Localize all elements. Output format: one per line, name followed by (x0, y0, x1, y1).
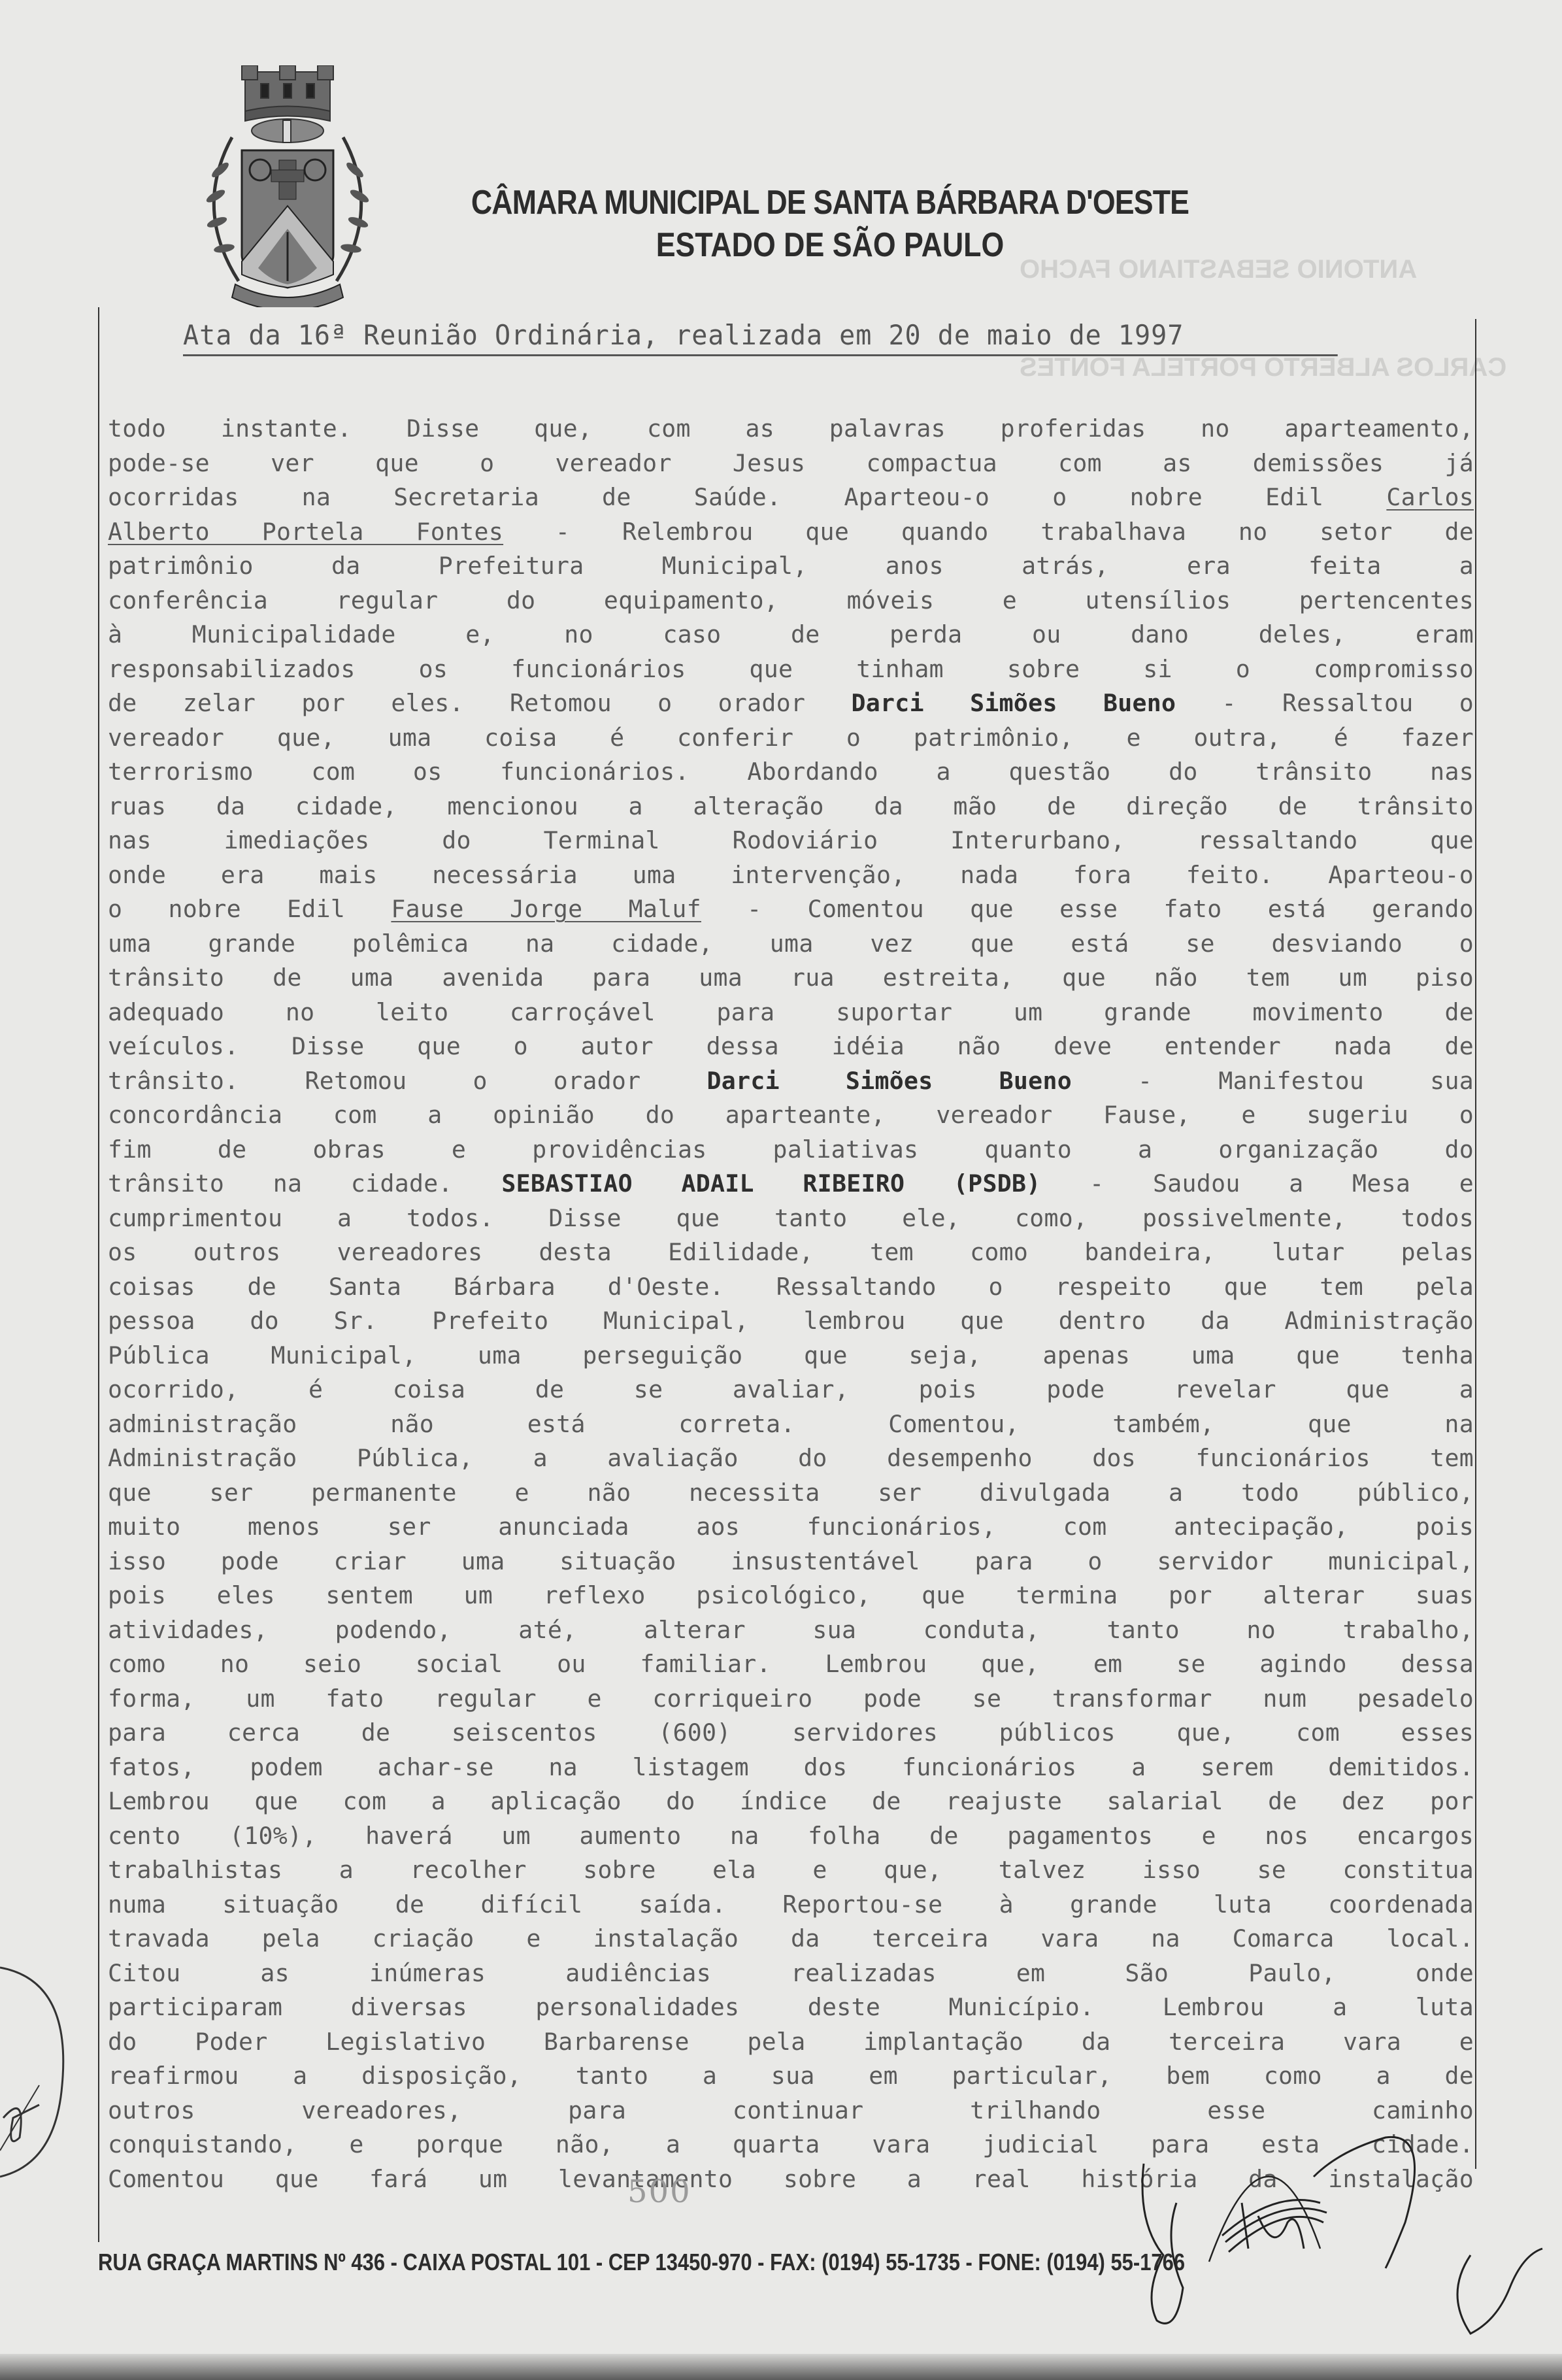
minutes-line: travada pela criação e instalação da ter… (108, 1922, 1474, 1956)
text-segment: cumprimentou a todos. Disse que tanto el… (108, 1204, 1474, 1232)
minutes-line: patrimônio da Prefeitura Municipal, anos… (108, 549, 1474, 584)
minutes-line: administração não está correta. Comentou… (108, 1407, 1474, 1442)
text-segment: Administração Pública, a avaliação do de… (108, 1444, 1474, 1472)
text-segment: patrimônio da Prefeitura Municipal, anos… (108, 552, 1474, 580)
speaker-name: Darci Simões Bueno (851, 689, 1176, 717)
text-segment: para cerca de seiscentos (600) servidore… (108, 1718, 1474, 1747)
text-segment: uma grande polêmica na cidade, uma vez q… (108, 930, 1474, 958)
minutes-line: nas imediações do Terminal Rodoviário In… (108, 824, 1474, 858)
text-segment: Citou as inúmeras audiências realizadas … (108, 1959, 1474, 1987)
minutes-line: ruas da cidade, mencionou a alteração da… (108, 790, 1474, 824)
speaker-name: SEBASTIAO ADAIL RIBEIRO (PSDB) (501, 1169, 1040, 1198)
text-segment: do Poder Legislativo Barbarense pela imp… (108, 2028, 1474, 2056)
aparteante-name: Fause Jorge Maluf (391, 895, 701, 923)
minutes-line: adequado no leito carroçável para suport… (108, 996, 1474, 1030)
text-segment: ocorridas na Secretaria de Saúde. Aparte… (108, 483, 1386, 511)
minutes-line: vereador que, uma coisa é conferir o pat… (108, 721, 1474, 756)
minutes-line: muito menos ser anunciada aos funcionári… (108, 1510, 1474, 1545)
page-frame-left (98, 307, 99, 2242)
minutes-line: para cerca de seiscentos (600) servidore… (108, 1716, 1474, 1751)
institution-name: CÂMARA MUNICIPAL DE SANTA BÁRBARA D'OEST… (408, 182, 1252, 224)
text-segment: os outros vereadores desta Edilidade, te… (108, 1238, 1474, 1266)
minutes-line: trabalhistas a recolher sobre ela e que,… (108, 1853, 1474, 1888)
margin-initials-signature (0, 1954, 72, 2190)
text-segment: de zelar por eles. Retomou o orador (108, 689, 851, 717)
minutes-line: trânsito. Retomou o orador Darci Simões … (108, 1064, 1474, 1099)
minutes-line: fim de obras e providências paliativas q… (108, 1133, 1474, 1167)
minutes-title: Ata da 16ª Reunião Ordinária, realizada … (183, 319, 1338, 356)
minutes-line: pessoa do Sr. Prefeito Municipal, lembro… (108, 1304, 1474, 1339)
minutes-line: outros vereadores, para continuar trilha… (108, 2094, 1474, 2128)
coat-of-arms-icon (180, 65, 395, 307)
minutes-line: que ser permanente e não necessita ser d… (108, 1476, 1474, 1511)
minutes-line: terrorismo com os funcionários. Abordand… (108, 755, 1474, 790)
text-segment: atividades, podendo, até, alterar sua co… (108, 1616, 1474, 1644)
page-number: 500 (627, 2173, 691, 2210)
text-segment: Pública Municipal, uma perseguição que s… (108, 1341, 1474, 1369)
minutes-line: participaram diversas personalidades des… (108, 1990, 1474, 2025)
minutes-line: pode-se ver que o vereador Jesus compact… (108, 446, 1474, 481)
minutes-line: trânsito de uma avenida para uma rua est… (108, 961, 1474, 996)
minutes-line: todo instante. Disse que, com as palavra… (108, 412, 1474, 446)
minutes-line: concordância com a opinião do aparteante… (108, 1098, 1474, 1133)
text-segment: trânsito na cidade. (108, 1169, 501, 1198)
minutes-line: como no seio social ou familiar. Lembrou… (108, 1647, 1474, 1682)
background-stamp-line1: ANTONIO SEBASTIANO FACHO (1020, 255, 1417, 284)
text-segment: muito menos ser anunciada aos funcionári… (108, 1513, 1474, 1541)
text-segment: como no seio social ou familiar. Lembrou… (108, 1650, 1474, 1678)
text-segment: trabalhistas a recolher sobre ela e que,… (108, 1856, 1474, 1884)
text-segment: Lembrou que com a aplicação do índice de… (108, 1787, 1474, 1815)
text-segment: - Comentou que esse fato está gerando (701, 895, 1474, 923)
aparteante-name: Alberto Portela Fontes (108, 518, 503, 546)
text-segment: isso pode criar uma situação insustentáv… (108, 1547, 1474, 1575)
text-segment: à Municipalidade e, no caso de perda ou … (108, 620, 1474, 648)
minutes-body: todo instante. Disse que, com as palavra… (108, 412, 1474, 2196)
background-stamp-line2: CARLOS ALBERTO PORTELA FONTES (1020, 353, 1506, 382)
text-segment: coisas de Santa Bárbara d'Oeste. Ressalt… (108, 1273, 1474, 1301)
minutes-line: do Poder Legislativo Barbarense pela imp… (108, 2025, 1474, 2060)
text-segment: ruas da cidade, mencionou a alteração da… (108, 792, 1474, 820)
minutes-line: cento (10%), haverá um aumento na folha … (108, 1819, 1474, 1854)
text-segment: participaram diversas personalidades des… (108, 1993, 1474, 2021)
text-segment: pois eles sentem um reflexo psicológico,… (108, 1581, 1474, 1609)
minutes-line: cumprimentou a todos. Disse que tanto el… (108, 1201, 1474, 1236)
text-segment: que ser permanente e não necessita ser d… (108, 1479, 1474, 1507)
text-segment: numa situação de difícil saída. Reportou… (108, 1890, 1474, 1919)
minutes-line: Lembrou que com a aplicação do índice de… (108, 1785, 1474, 1819)
text-segment: fim de obras e providências paliativas q… (108, 1135, 1474, 1164)
text-segment: vereador que, uma coisa é conferir o pat… (108, 724, 1474, 752)
text-segment: cento (10%), haverá um aumento na folha … (108, 1822, 1474, 1850)
text-segment: nas imediações do Terminal Rodoviário In… (108, 826, 1474, 854)
minutes-line: pois eles sentem um reflexo psicológico,… (108, 1579, 1474, 1613)
minutes-line: os outros vereadores desta Edilidade, te… (108, 1235, 1474, 1270)
text-segment: - Ressaltou o (1176, 689, 1474, 717)
minutes-line: atividades, podendo, até, alterar sua co… (108, 1613, 1474, 1648)
minutes-line: uma grande polêmica na cidade, uma vez q… (108, 927, 1474, 962)
text-segment: forma, um fato regular e corriqueiro pod… (108, 1684, 1474, 1713)
minutes-line: trânsito na cidade. SEBASTIAO ADAIL RIBE… (108, 1167, 1474, 1201)
text-segment: trânsito. Retomou o orador (108, 1067, 707, 1095)
text-segment: pode-se ver que o vereador Jesus compact… (108, 449, 1474, 477)
minutes-line: numa situação de difícil saída. Reportou… (108, 1888, 1474, 1922)
text-segment: - Manifestou sua (1072, 1067, 1474, 1095)
minutes-line: coisas de Santa Bárbara d'Oeste. Ressalt… (108, 1270, 1474, 1305)
minutes-line: Administração Pública, a avaliação do de… (108, 1441, 1474, 1476)
minutes-line: Alberto Portela Fontes - Relembrou que q… (108, 515, 1474, 550)
minutes-line: Pública Municipal, uma perseguição que s… (108, 1339, 1474, 1373)
text-segment: ocorrido, é coisa de se avaliar, pois po… (108, 1375, 1474, 1403)
minutes-line: ocorridas na Secretaria de Saúde. Aparte… (108, 480, 1474, 515)
text-segment: conferência regular do equipamento, móve… (108, 586, 1474, 614)
text-segment: pessoa do Sr. Prefeito Municipal, lembro… (108, 1307, 1474, 1335)
text-segment: o nobre Edil (108, 895, 391, 923)
text-segment: adequado no leito carroçável para suport… (108, 998, 1474, 1026)
minutes-line: onde era mais necessária uma intervenção… (108, 858, 1474, 893)
minutes-line: o nobre Edil Fause Jorge Maluf - Comento… (108, 892, 1474, 927)
minutes-line: fatos, podem achar-se na listagem dos fu… (108, 1751, 1474, 1785)
text-segment: onde era mais necessária uma intervenção… (108, 861, 1474, 889)
text-segment: administração não está correta. Comentou… (108, 1410, 1474, 1438)
text-segment: fatos, podem achar-se na listagem dos fu… (108, 1753, 1474, 1781)
text-segment: - Relembrou que quando trabalhava no set… (503, 518, 1474, 546)
council-signatures (1124, 2124, 1562, 2347)
aparteante-name: Carlos (1386, 483, 1474, 511)
text-segment: veículos. Disse que o autor dessa idéia … (108, 1032, 1474, 1060)
text-segment: todo instante. Disse que, com as palavra… (108, 414, 1474, 443)
minutes-line: forma, um fato regular e corriqueiro pod… (108, 1682, 1474, 1717)
minutes-line: reafirmou a disposição, tanto a sua em p… (108, 2059, 1474, 2094)
text-segment: - Saudou a Mesa e (1041, 1169, 1474, 1198)
text-segment: concordância com a opinião do aparteante… (108, 1101, 1474, 1129)
minutes-line: à Municipalidade e, no caso de perda ou … (108, 618, 1474, 652)
text-segment: trânsito de uma avenida para uma rua est… (108, 964, 1474, 992)
minutes-line: conferência regular do equipamento, móve… (108, 584, 1474, 618)
minutes-line: ocorrido, é coisa de se avaliar, pois po… (108, 1373, 1474, 1407)
page-bottom-shadow (0, 2354, 1562, 2380)
text-segment: responsabilizados os funcionários que ti… (108, 655, 1474, 683)
page-frame-right (1475, 319, 1476, 2169)
minutes-line: veículos. Disse que o autor dessa idéia … (108, 1030, 1474, 1064)
speaker-name: Darci Simões Bueno (707, 1067, 1072, 1095)
text-segment: travada pela criação e instalação da ter… (108, 1924, 1474, 1953)
text-segment: reafirmou a disposição, tanto a sua em p… (108, 2062, 1474, 2090)
text-segment: outros vereadores, para continuar trilha… (108, 2096, 1474, 2124)
text-segment: terrorismo com os funcionários. Abordand… (108, 758, 1474, 786)
minutes-line: Citou as inúmeras audiências realizadas … (108, 1956, 1474, 1991)
minutes-line: de zelar por eles. Retomou o orador Darc… (108, 686, 1474, 721)
minutes-line: isso pode criar uma situação insustentáv… (108, 1545, 1474, 1579)
minutes-line: responsabilizados os funcionários que ti… (108, 652, 1474, 687)
